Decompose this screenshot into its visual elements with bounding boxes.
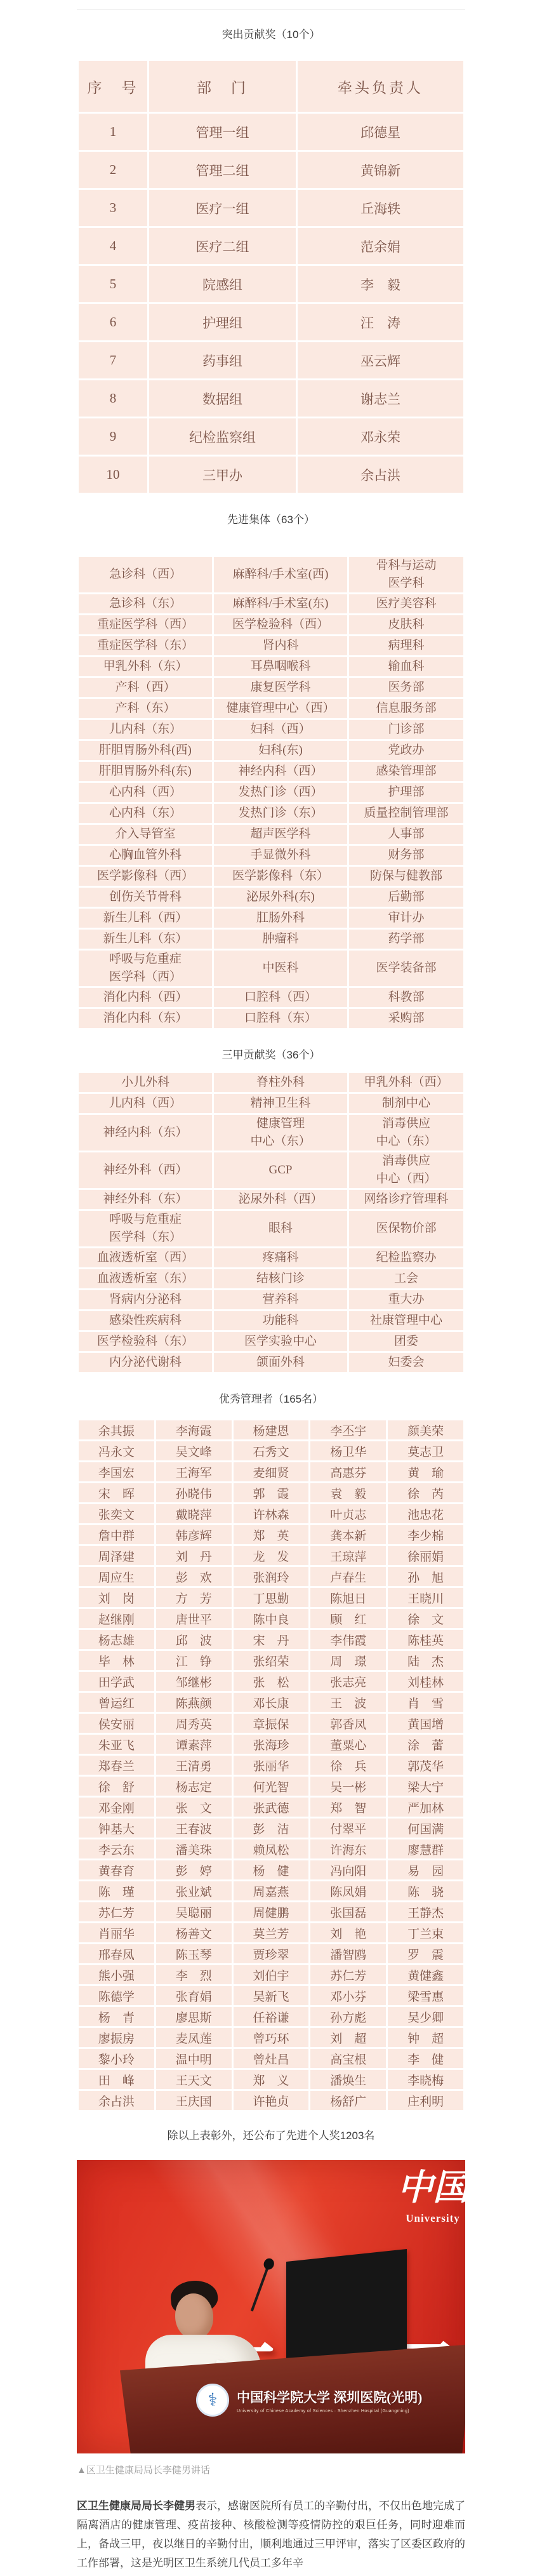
table-cell: 潘智鸥 [310,1944,386,1963]
table-cell: 党政办 [349,741,463,760]
table-row: 陈 瑾张业斌周嘉燕陈凤娟陈 骁 [79,1881,463,1900]
table-cell: 张志亮 [310,1672,386,1691]
table-cell: 杨善文 [156,1923,232,1942]
table-cell: 管理一组 [149,114,296,150]
table-row: 小儿外科脊柱外科甲乳外科（西） [79,1073,463,1092]
table-cell: 医疗二组 [149,228,296,264]
summary-note: 除以上表彰外，还公布了先进个人奖1203名 [77,2130,465,2142]
table-cell: 杨 青 [79,2007,154,2026]
table-cell: 神经内科（东） [79,1115,212,1151]
table-cell: 孙 旭 [388,1567,463,1586]
table-row: 侯安丽周秀英章振保郭香凤黄国增 [79,1714,463,1733]
table-cell: 7 [79,342,147,378]
table-cell: 潘美珠 [156,1839,232,1859]
table-cell: 泌尿外科（西） [214,1190,347,1209]
table-cell: 医学影像科（西） [79,867,212,886]
table-cell: 麻醉科/手术室(东) [214,594,347,613]
table-cell: 血液透析室（西） [79,1248,212,1267]
table-cell: 丘海轶 [298,190,463,226]
table-cell: 血液透析室（东） [79,1269,212,1288]
table-cell: 赖凤松 [234,1839,309,1859]
table-row: 陈德学张育娟吴新飞邓小芬梁雪惠 [79,1986,463,2005]
table-cell: 郑春兰 [79,1756,154,1775]
table-cell: 王琼萍 [310,1546,386,1565]
table-row: 田 峰王天文郑 义潘焕生李晓梅 [79,2070,463,2089]
table-cell: 邱德星 [298,114,463,150]
table-cell: 康复医学科 [214,678,347,697]
table-cell: 健康管理 中心（东） [214,1115,347,1151]
table-cell: 刘 岗 [79,1588,154,1607]
table-cell: 医学检验科（东） [79,1332,212,1351]
table-cell: 庄利明 [388,2091,463,2110]
table-cell: 肖 雪 [388,1693,463,1712]
table-row: 徐 舒杨志定何光智吴一彬梁大宁 [79,1777,463,1796]
table-cell: 李晓梅 [388,2070,463,2089]
table-row: 黎小玲温中明曾灶昌高宝根李 健 [79,2049,463,2068]
table-cell: 张 文 [156,1798,232,1817]
table-cell: 李伟霞 [310,1630,386,1649]
table-cell: 涂 蕾 [388,1735,463,1754]
table-cell: 科教部 [349,988,463,1007]
table-cell: 曾运红 [79,1693,154,1712]
table-cell: 肛肠外科 [214,909,347,928]
table-row: 余其振李海霞杨建恩李丕宇颜美荣 [79,1420,463,1439]
table-cell: 耳鼻咽喉科 [214,657,347,676]
table-cell: 张奕文 [79,1504,154,1523]
award1-table: 序 号部 门牵头负责人1管理一组邱德星2管理二组黄锦新3医疗一组丘海轶4医疗二组… [77,59,465,495]
table-cell: 廖思斯 [156,2007,232,2026]
table-cell: 3 [79,190,147,226]
table-cell: 刘伯宇 [234,1965,309,1984]
table-row: 3医疗一组丘海轶 [79,190,463,226]
table-cell: 肝胆胃肠外科(西) [79,741,212,760]
table-cell: 廖慧群 [388,1839,463,1859]
table-cell: 心内科（西） [79,783,212,802]
table-row: 肖丽华杨善文莫兰芳刘 艳丁兰束 [79,1923,463,1942]
table-row: 詹中群韩彦辉郑 英龚本新李少棉 [79,1525,463,1544]
table-row: 血液透析室（西）疼痛科纪检监察办 [79,1248,463,1267]
table-cell: 邢春凤 [79,1944,154,1963]
table-row: 杨志雄邱 波宋 丹李伟霞陈桂英 [79,1630,463,1649]
table-cell: 麻醉科/手术室(西) [214,557,347,592]
table-cell: 范余娟 [298,228,463,264]
table-cell: 张武德 [234,1798,309,1817]
table-cell: 周应生 [79,1567,154,1586]
table-cell: 医学检验科（西） [214,615,347,634]
table-cell: 口腔科（东） [214,1009,347,1028]
table-cell: 精神卫生科 [214,1094,347,1113]
table-cell: 莫兰芳 [234,1923,309,1942]
table-cell: 王晓川 [388,1588,463,1607]
paragraph-lead: 区卫生健康局局长李健男 [77,2500,195,2512]
table-cell: 急诊科（西） [79,557,212,592]
table-row: 1管理一组邱德星 [79,114,463,150]
table-cell: 钟基大 [79,1819,154,1838]
table-cell: 谢志兰 [298,380,463,417]
table-cell: 消化内科（东） [79,1009,212,1028]
table-cell: 杨 健 [234,1860,309,1879]
table-row: 消化内科（东）口腔科（东）采购部 [79,1009,463,1028]
table-row: 呼吸与危重症 医学科（西）中医科医学装备部 [79,951,463,986]
table-cell: 张海珍 [234,1735,309,1754]
table-cell: 郭茂华 [388,1756,463,1775]
table-cell: 余占洪 [79,2091,154,2110]
table-cell: 吴聪丽 [156,1902,232,1921]
ceremony-photo[interactable]: 中国 University 三级甲 ⚕ 中国科学院大学 深圳医院(光明) Uni… [77,2160,465,2453]
table-row: 甲乳外科（东）耳鼻咽喉科输血科 [79,657,463,676]
table-cell: 黄健鑫 [388,1965,463,1984]
table-cell: 医学影像科（东） [214,867,347,886]
table-row: 杨 青廖思斯任裕谦孙方彪吴少卿 [79,2007,463,2026]
table-row: 医学检验科（东）医学实验中心团委 [79,1332,463,1351]
table-cell: 陈 瑾 [79,1881,154,1900]
table-cell: 张国磊 [310,1902,386,1921]
table-cell: 9 [79,418,147,455]
table-cell: 甲乳外科（东） [79,657,212,676]
table-row: 2管理二组黄锦新 [79,152,463,188]
table-cell: 感染管理部 [349,762,463,781]
table-cell: 输血科 [349,657,463,676]
table-header-row: 序 号部 门牵头负责人 [79,61,463,112]
table-row: 郑春兰王清勇张丽华徐 兵郭茂华 [79,1756,463,1775]
table-cell: 赵继刚 [79,1609,154,1628]
table-cell: 疼痛科 [214,1248,347,1267]
table-cell: 健康管理中心（西） [214,699,347,718]
table-row: 心内科（东）发热门诊（东）质量控制管理部 [79,804,463,823]
table-cell: 营养科 [214,1290,347,1309]
award1-title: 突出贡献奖（10个） [77,29,465,41]
table-cell: 侯安丽 [79,1714,154,1733]
table-cell: 消毒供应 中心（东） [349,1115,463,1151]
table-cell: 卢春生 [310,1567,386,1586]
table-cell: 吴文峰 [156,1441,232,1460]
table-cell: 章振保 [234,1714,309,1733]
table-cell: 周健鹏 [234,1902,309,1921]
table-cell: 李海霞 [156,1420,232,1439]
table-row: 产科（东）健康管理中心（西）信息服务部 [79,699,463,718]
table-row: 新生儿科（东）肿瘤科药学部 [79,930,463,949]
table-cell: 唐世平 [156,1609,232,1628]
table-cell: 曾巧环 [234,2028,309,2047]
table-cell: 詹中群 [79,1525,154,1544]
table-row: 廖振房麦凤莲曾巧环刘 超钟 超 [79,2028,463,2047]
table-cell: 熊小强 [79,1965,154,1984]
table-row: 田学武邹继彬张 松张志亮刘桂林 [79,1672,463,1691]
table-cell: 肿瘤科 [214,930,347,949]
table-cell: 消化内科（西） [79,988,212,1007]
table-cell: 王天文 [156,2070,232,2089]
table-row: 血液透析室（东）结核门诊工会 [79,1269,463,1288]
table-row: 神经外科（西）GCP消毒供应 中心（西） [79,1152,463,1188]
table-cell: 医保物价部 [349,1211,463,1246]
table-row: 7药事组巫云辉 [79,342,463,378]
table-cell: 10 [79,457,147,493]
podium-plate: ⚕ 中国科学院大学 深圳医院(光明) University of Chinese… [196,2384,422,2417]
table-cell: 功能科 [214,1311,347,1330]
table-cell: 呼吸与危重症 医学科（东） [79,1211,212,1246]
table-row: 8数据组谢志兰 [79,380,463,417]
table-cell: 郭香凤 [310,1714,386,1733]
table-cell: 皮肤科 [349,615,463,634]
table-cell: 汪 涛 [298,304,463,340]
article-body: 突出贡献奖（10个） 序 号部 门牵头负责人1管理一组邱德星2管理二组黄锦新3医… [77,9,465,2573]
table-row: 周泽建刘 丹龙 发王琼萍徐丽娟 [79,1546,463,1565]
table-row: 介入导管室超声医学科人事部 [79,825,463,844]
table-cell: 王庆国 [156,2091,232,2110]
table-cell: 结核门诊 [214,1269,347,1288]
table-cell: 护理组 [149,304,296,340]
table-cell: 信息服务部 [349,699,463,718]
table-cell: 周秀英 [156,1714,232,1733]
table-cell: 邓小芬 [310,1986,386,2005]
table-row: 10三甲办余占洪 [79,457,463,493]
table-cell: 杨建恩 [234,1420,309,1439]
table-cell: 许海东 [310,1839,386,1859]
table-cell: 王 波 [310,1693,386,1712]
table-cell: 陈燕颜 [156,1693,232,1712]
table-cell: 4 [79,228,147,264]
table-cell: 医学实验中心 [214,1332,347,1351]
table-cell: 许林森 [234,1504,309,1523]
table-cell: 重大办 [349,1290,463,1309]
table-cell: 郭 霞 [234,1483,309,1502]
table-row: 熊小强李 烈刘伯宇苏仁芳黄健鑫 [79,1965,463,1984]
table-cell: 肖丽华 [79,1923,154,1942]
table-cell: 周泽建 [79,1546,154,1565]
table-cell: 梁雪惠 [388,1986,463,2005]
table-cell: 神经外科（西） [79,1152,212,1188]
table-cell: 创伤关节骨科 [79,888,212,907]
table-cell: 许艳贞 [234,2091,309,2110]
table-cell: 陈中良 [234,1609,309,1628]
table-cell: 顾 红 [310,1609,386,1628]
table-row: 呼吸与危重症 医学科（东）眼科医保物价部 [79,1211,463,1246]
table-row: 邢春凤陈玉琴贾珍翠潘智鸥罗 震 [79,1944,463,1963]
award3-title: 三甲贡献奖（36个） [77,1049,465,1062]
table-cell: 丁思勤 [234,1588,309,1607]
table-cell: 网络诊疗管理科 [349,1190,463,1209]
table-cell: 邓永荣 [298,418,463,455]
table-cell: 急诊科（东） [79,594,212,613]
photo-caption: ▲区卫生健康局局长李健男讲话 [77,2465,465,2476]
table-row: 冯永文吴文峰石秀文杨卫华莫志卫 [79,1441,463,1460]
table-row: 4医疗二组范余娟 [79,228,463,264]
table-cell: 医疗美容科 [349,594,463,613]
table-cell: 2 [79,152,147,188]
table-cell: 麦凤莲 [156,2028,232,2047]
table-cell: 董粟心 [310,1735,386,1754]
table-cell: 小儿外科 [79,1073,212,1092]
table-cell: 肾内科 [214,636,347,655]
table-row: 邓金刚张 文张武德郑 智严加林 [79,1798,463,1817]
table-row: 创伤关节骨科泌尿外科(东)后勤部 [79,888,463,907]
table-header-cell: 部 门 [149,61,296,112]
table-cell: 黄锦新 [298,152,463,188]
table-row: 宋 晖孙晓伟郭 霞袁 毅徐 芮 [79,1483,463,1502]
table-cell: 宋 丹 [234,1630,309,1649]
table-row: 肝胆胃肠外科(东)神经内科（西）感染管理部 [79,762,463,781]
table-cell: 付翠平 [310,1819,386,1838]
table-cell: 新生儿科（东） [79,930,212,949]
table-cell: 1 [79,114,147,150]
podium-hospital-name-en: University of Chinese Academy of Science… [237,2409,422,2413]
table-row: 肝胆胃肠外科(西)妇科(东)党政办 [79,741,463,760]
table-row: 消化内科（西）口腔科（西）科教部 [79,988,463,1007]
table-cell: 团委 [349,1332,463,1351]
table-cell: 梁大宁 [388,1777,463,1796]
table-row: 6护理组汪 涛 [79,304,463,340]
table-cell: 孙晓伟 [156,1483,232,1502]
table-cell: 方 芳 [156,1588,232,1607]
table-cell: 甲乳外科（西） [349,1073,463,1092]
table-cell: 郑 英 [234,1525,309,1544]
table-cell: 李 烈 [156,1965,232,1984]
table-cell: 陈德学 [79,1986,154,2005]
table-row: 周应生彭 欢张润玲卢春生孙 旭 [79,1567,463,1586]
table-cell: 病理科 [349,636,463,655]
table-cell: 神经外科（东） [79,1190,212,1209]
table-cell: 苏仁芳 [79,1902,154,1921]
table-cell: 彭 婷 [156,1860,232,1879]
table-cell: 韩彦辉 [156,1525,232,1544]
table-row: 神经外科（东）泌尿外科（西）网络诊疗管理科 [79,1190,463,1209]
table-row: 9纪检监察组邓永荣 [79,418,463,455]
table-cell: 泌尿外科(东) [214,888,347,907]
table-cell: 管理二组 [149,152,296,188]
table-cell: 后勤部 [349,888,463,907]
table-cell: 黄国增 [388,1714,463,1733]
table-cell: 审计办 [349,909,463,928]
table-cell: 陈凤娟 [310,1881,386,1900]
table-cell: 周嘉燕 [234,1881,309,1900]
table-cell: 徐 舒 [79,1777,154,1796]
table-cell: 李国宏 [79,1462,154,1481]
table-cell: 药事组 [149,342,296,378]
podium-text: 中国科学院大学 深圳医院(光明) University of Chinese A… [237,2387,422,2413]
table-cell: 护理部 [349,783,463,802]
table-cell: 产科（东） [79,699,212,718]
table-row: 肾病内分泌科营养科重大办 [79,1290,463,1309]
table-cell: 王清勇 [156,1756,232,1775]
table-cell: 发热门诊（东） [214,804,347,823]
table-row: 新生儿科（西）肛肠外科审计办 [79,909,463,928]
table-cell: 孙方彪 [310,2007,386,2026]
table-cell: 人事部 [349,825,463,844]
table-cell: 介入导管室 [79,825,212,844]
table-row: 赵继刚唐世平陈中良顾 红徐 文 [79,1609,463,1628]
table-cell: 何国满 [388,1819,463,1838]
table-cell: 田 峰 [79,2070,154,2089]
award4-title: 优秀管理者（165名） [77,1393,465,1406]
table-cell: 邱 波 [156,1630,232,1649]
table-cell: 陈旭日 [310,1588,386,1607]
table-cell: 三甲办 [149,457,296,493]
table-cell: 江 铮 [156,1651,232,1670]
table-cell: 6 [79,304,147,340]
table-cell: 罗 震 [388,1944,463,1963]
table-cell: 徐丽娟 [388,1546,463,1565]
table-row: 神经内科（东）健康管理 中心（东）消毒供应 中心（东） [79,1115,463,1151]
table-row: 刘 岗方 芳丁思勤陈旭日王晓川 [79,1588,463,1607]
table-row: 产科（西）康复医学科医务部 [79,678,463,697]
table-header-cell: 牵头负责人 [298,61,463,112]
table-cell: 张 松 [234,1672,309,1691]
table-cell: 叶贞志 [310,1504,386,1523]
table-row: 儿内科（西）精神卫生科制剂中心 [79,1094,463,1113]
table-cell: 池忠花 [388,1504,463,1523]
table-cell: 张丽华 [234,1756,309,1775]
table-cell: 黄春育 [79,1860,154,1879]
table-cell: 高惠芬 [310,1462,386,1481]
table-cell: 妇委会 [349,1353,463,1372]
table-cell: 颌面外科 [214,1353,347,1372]
table-cell: 丁兰束 [388,1923,463,1942]
table-cell: 贾珍翠 [234,1944,309,1963]
table-cell: 袁 毅 [310,1483,386,1502]
table-cell: 工会 [349,1269,463,1288]
table-cell: 钟 超 [388,2028,463,2047]
table-cell: 眼科 [214,1211,347,1246]
table-cell: 吴一彬 [310,1777,386,1796]
table-cell: 消毒供应 中心（西） [349,1152,463,1188]
table-cell: 彭 欢 [156,1567,232,1586]
table-cell: 心胸血管外科 [79,846,212,865]
table-row: 急诊科（西）麻醉科/手术室(西)骨科与运动 医学科 [79,557,463,592]
table-cell: 巫云辉 [298,342,463,378]
table-cell: 吴少卿 [388,2007,463,2026]
table-cell: 朱亚飞 [79,1735,154,1754]
table-cell: 徐 兵 [310,1756,386,1775]
table-cell: 产科（西） [79,678,212,697]
table-row: 心内科（西）发热门诊（西）护理部 [79,783,463,802]
table-cell: 数据组 [149,380,296,417]
divider [77,9,465,10]
table-cell: 口腔科（西） [214,988,347,1007]
table-row: 重症医学科（东）肾内科病理科 [79,636,463,655]
table-row: 5院感组李 毅 [79,266,463,302]
table-cell: 周 璟 [310,1651,386,1670]
table-cell: 张业斌 [156,1881,232,1900]
table-cell: 新生儿科（西） [79,909,212,928]
table-cell: 郑 义 [234,2070,309,2089]
table-row: 医学影像科（西）医学影像科（东）防保与健教部 [79,867,463,886]
table-row: 心胸血管外科手显微外科财务部 [79,846,463,865]
table-cell: 门诊部 [349,720,463,739]
table-cell: 黎小玲 [79,2049,154,2068]
table-cell: 温中明 [156,2049,232,2068]
table-cell: 邹继彬 [156,1672,232,1691]
table-cell: 田学武 [79,1672,154,1691]
table-cell: 妇科(东) [214,741,347,760]
table-cell: 财务部 [349,846,463,865]
table-cell: 质量控制管理部 [349,804,463,823]
table-cell: 余其振 [79,1420,154,1439]
table-cell: 邓长康 [234,1693,309,1712]
speaker-head [175,2293,213,2339]
table-cell: GCP [214,1152,347,1188]
table-cell: 感染性疾病科 [79,1311,212,1330]
table-cell: 刘桂林 [388,1672,463,1691]
table-cell: 徐 芮 [388,1483,463,1502]
article-paragraph: 区卫生健康局局长李健男表示，感谢医院所有员工的辛勤付出，不仅出色地完成了隔离酒店… [77,2497,465,2573]
table-cell: 徐 文 [388,1609,463,1628]
table-row: 余占洪王庆国许艳贞杨舒广庄利明 [79,2091,463,2110]
table-row: 内分泌代谢科颌面外科妇委会 [79,1353,463,1372]
table-row: 儿内科（东）妇科（西）门诊部 [79,720,463,739]
table-cell: 陈桂英 [388,1630,463,1649]
table-cell: 廖振房 [79,2028,154,2047]
table-cell: 高宝根 [310,2049,386,2068]
